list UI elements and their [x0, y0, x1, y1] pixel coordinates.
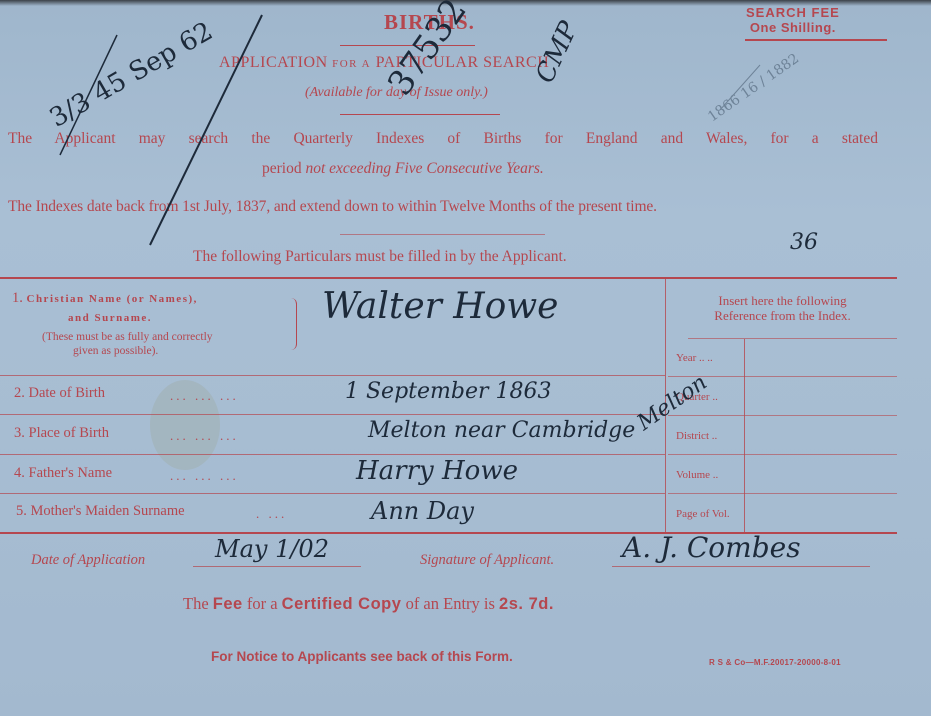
- ink-strokes: [0, 0, 931, 716]
- annotation-right-number: 36: [790, 230, 818, 255]
